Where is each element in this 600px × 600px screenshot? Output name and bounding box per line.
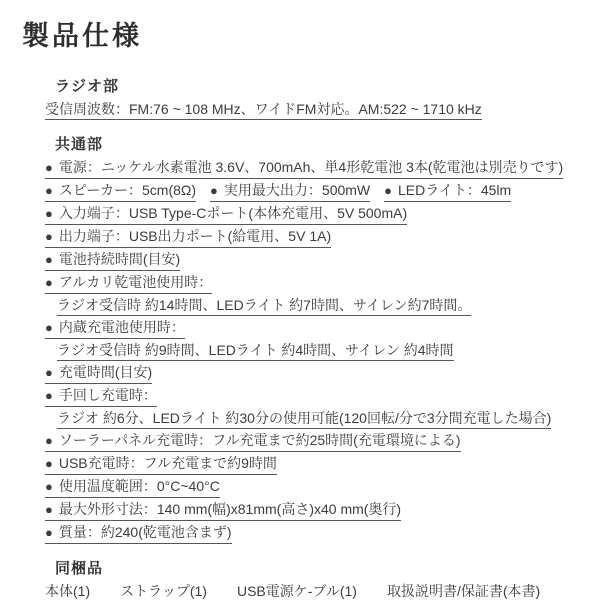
bullet-icon: ● — [45, 229, 53, 244]
spec-power: ●電源：ニッケル水素電池 3.6V、700mAh、単4形乾電池 3本(乾電池は別… — [45, 159, 563, 179]
spec-alkaline-detail: ラジオ受信時 約14時間、LEDライト 約7時間、サイレン約7時間。 — [57, 297, 471, 316]
bullet-icon: ● — [45, 206, 53, 221]
bullet-icon: ● — [45, 433, 53, 448]
spec-speaker: ●スピーカー：5cm(8Ω) — [45, 182, 196, 202]
spec-row-power: ●電源：ニッケル水素電池 3.6V、700mAh、単4形乾電池 3本(乾電池は別… — [45, 159, 592, 179]
spec-builtin-detail: ラジオ受信時 約9時間、LEDライト 約4時間、サイレン 約4時間 — [57, 342, 454, 361]
spec-text: 手回し充電時： — [59, 387, 157, 403]
spec-text: 充電時間(目安) — [59, 364, 152, 380]
frequency-text: 受信周波数：FM:76 ~ 108 MHz、ワイドFM対応。AM:522 ~ 1… — [45, 101, 482, 117]
spec-handcrank: ●手回し充電時： — [45, 387, 157, 407]
bullet-icon: ● — [45, 456, 53, 471]
included-items-line: 本体(1)ストラップ(1)USB電源ケ-ブル(1)取扱説明書/保証書(本書) — [45, 583, 540, 600]
bullet-icon: ● — [45, 502, 53, 517]
frequency-spec-line: 受信周波数：FM:76 ~ 108 MHz、ワイドFM対応。AM:522 ~ 1… — [45, 101, 482, 120]
bullet-icon: ● — [45, 388, 53, 403]
section-common: 共通部 ●電源：ニッケル水素電池 3.6V、700mAh、単4形乾電池 3本(乾… — [45, 133, 592, 543]
spec-text: 最大外形寸法：140 mm(幅)x81mm(高さ)x40 mm(奥行) — [59, 501, 401, 517]
bullet-icon: ● — [45, 525, 53, 540]
spec-input-port: ●入力端子：USB Type-Cポート(本体充電用、5V 500mA) — [45, 205, 407, 225]
spec-row-alkaline-use: ●アルカリ乾電池使用時： — [45, 274, 592, 294]
spec-text: 使用温度範囲：0°C~40°C — [59, 478, 220, 494]
spec-text: 入力端子：USB Type-Cポート(本体充電用、5V 500mA) — [59, 205, 407, 221]
spec-text: 質量：約240(乾電池含まず) — [59, 524, 232, 540]
spec-row-speaker-output-led: ●スピーカー：5cm(8Ω) ●実用最大出力：500mW ●LEDライト：45l… — [45, 182, 592, 202]
bullet-icon: ● — [45, 275, 53, 290]
included-item-manual: 取扱説明書/保証書(本書) — [387, 583, 540, 599]
spec-text: アルカリ乾電池使用時： — [59, 274, 212, 290]
spec-row-handcrank-detail: ラジオ 約6分、LEDライト 約30分の使用可能(120回転/分で3分間充電した… — [45, 410, 592, 429]
bullet-icon: ● — [45, 365, 53, 380]
bullet-icon: ● — [45, 320, 53, 335]
spec-row-solar: ●ソーラーパネル充電時：フル充電まで約25時間(充電環境による) — [45, 432, 592, 452]
bullet-icon: ● — [210, 183, 218, 198]
spec-max-output: ●実用最大出力：500mW — [210, 182, 370, 202]
included-item-body: 本体(1) — [45, 583, 90, 599]
spec-text: 電源：ニッケル水素電池 3.6V、700mAh、単4形乾電池 3本(乾電池は別売… — [59, 159, 563, 175]
spec-text: 内蔵充電池使用時： — [59, 319, 185, 335]
spec-row-handcrank: ●手回し充電時： — [45, 387, 592, 407]
bullet-icon: ● — [45, 183, 53, 198]
section-radio: ラジオ部 受信周波数：FM:76 ~ 108 MHz、ワイドFM対応。AM:52… — [45, 75, 592, 120]
spec-text: ラジオ受信時 約9時間、LEDライト 約4時間、サイレン 約4時間 — [57, 342, 454, 358]
spec-text: 電池持続時間(目安) — [59, 251, 180, 267]
spec-text: 出力端子：USB出力ポート(給電用、5V 1A) — [59, 228, 331, 244]
spec-row-alkaline-detail: ラジオ受信時 約14時間、LEDライト 約7時間、サイレン約7時間。 — [45, 297, 592, 316]
spec-text: 実用最大出力：500mW — [224, 182, 370, 198]
spec-builtin-use: ●内蔵充電池使用時： — [45, 319, 185, 339]
common-section-heading: 共通部 — [55, 133, 592, 154]
bullet-icon: ● — [45, 479, 53, 494]
spec-row-builtin-use: ●内蔵充電池使用時： — [45, 319, 592, 339]
spec-solar: ●ソーラーパネル充電時：フル充電まで約25時間(充電環境による) — [45, 432, 461, 452]
spec-row-output-port: ●出力端子：USB出力ポート(給電用、5V 1A) — [45, 228, 592, 248]
frequency-spec-row: 受信周波数：FM:76 ~ 108 MHz、ワイドFM対応。AM:522 ~ 1… — [45, 101, 592, 120]
spec-alkaline-use: ●アルカリ乾電池使用時： — [45, 274, 212, 294]
spec-text: USB充電時：フル充電まで約9時間 — [59, 455, 277, 471]
spec-text: ラジオ受信時 約14時間、LEDライト 約7時間、サイレン約7時間。 — [57, 297, 471, 313]
spec-row-temp-range: ●使用温度範囲：0°C~40°C — [45, 478, 592, 498]
spec-handcrank-detail: ラジオ 約6分、LEDライト 約30分の使用可能(120回転/分で3分間充電した… — [57, 410, 551, 429]
bullet-icon: ● — [384, 183, 392, 198]
spec-led-light: ●LEDライト：45lm — [384, 182, 511, 202]
spec-row-charge-time: ●充電時間(目安) — [45, 364, 592, 384]
spec-row-dimensions: ●最大外形寸法：140 mm(幅)x81mm(高さ)x40 mm(奥行) — [45, 501, 592, 521]
product-spec-page: 製品仕様 ラジオ部 受信周波数：FM:76 ~ 108 MHz、ワイドFM対応。… — [0, 0, 600, 600]
included-item-strap: ストラップ(1) — [120, 583, 207, 599]
spec-charge-time: ●充電時間(目安) — [45, 364, 152, 384]
spec-row-input-port: ●入力端子：USB Type-Cポート(本体充電用、5V 500mA) — [45, 205, 592, 225]
bullet-icon: ● — [45, 160, 53, 175]
page-title: 製品仕様 — [22, 14, 592, 53]
spec-battery-duration: ●電池持続時間(目安) — [45, 251, 180, 271]
spec-text: LEDライト：45lm — [398, 182, 511, 198]
spec-content: ラジオ部 受信周波数：FM:76 ~ 108 MHz、ワイドFM対応。AM:52… — [22, 75, 592, 600]
radio-section-heading: ラジオ部 — [55, 75, 592, 96]
spec-text: ソーラーパネル充電時：フル充電まで約25時間(充電環境による) — [59, 432, 461, 448]
spec-row-builtin-detail: ラジオ受信時 約9時間、LEDライト 約4時間、サイレン 約4時間 — [45, 342, 592, 361]
bullet-icon: ● — [45, 252, 53, 267]
included-section-heading: 同梱品 — [55, 557, 592, 578]
spec-row-weight: ●質量：約240(乾電池含まず) — [45, 524, 592, 544]
spec-weight: ●質量：約240(乾電池含まず) — [45, 524, 232, 544]
spec-row-battery-duration: ●電池持続時間(目安) — [45, 251, 592, 271]
included-items-row: 本体(1)ストラップ(1)USB電源ケ-ブル(1)取扱説明書/保証書(本書) — [45, 583, 592, 600]
spec-row-usb-charge: ●USB充電時：フル充電まで約9時間 — [45, 455, 592, 475]
spec-text: ラジオ 約6分、LEDライト 約30分の使用可能(120回転/分で3分間充電した… — [57, 410, 551, 426]
section-included: 同梱品 本体(1)ストラップ(1)USB電源ケ-ブル(1)取扱説明書/保証書(本… — [45, 557, 592, 600]
included-item-usb-cable: USB電源ケ-ブル(1) — [237, 583, 357, 599]
spec-output-port: ●出力端子：USB出力ポート(給電用、5V 1A) — [45, 228, 331, 248]
spec-text: スピーカー：5cm(8Ω) — [59, 182, 196, 198]
spec-dimensions: ●最大外形寸法：140 mm(幅)x81mm(高さ)x40 mm(奥行) — [45, 501, 401, 521]
spec-usb-charge: ●USB充電時：フル充電まで約9時間 — [45, 455, 277, 475]
spec-temp-range: ●使用温度範囲：0°C~40°C — [45, 478, 220, 498]
